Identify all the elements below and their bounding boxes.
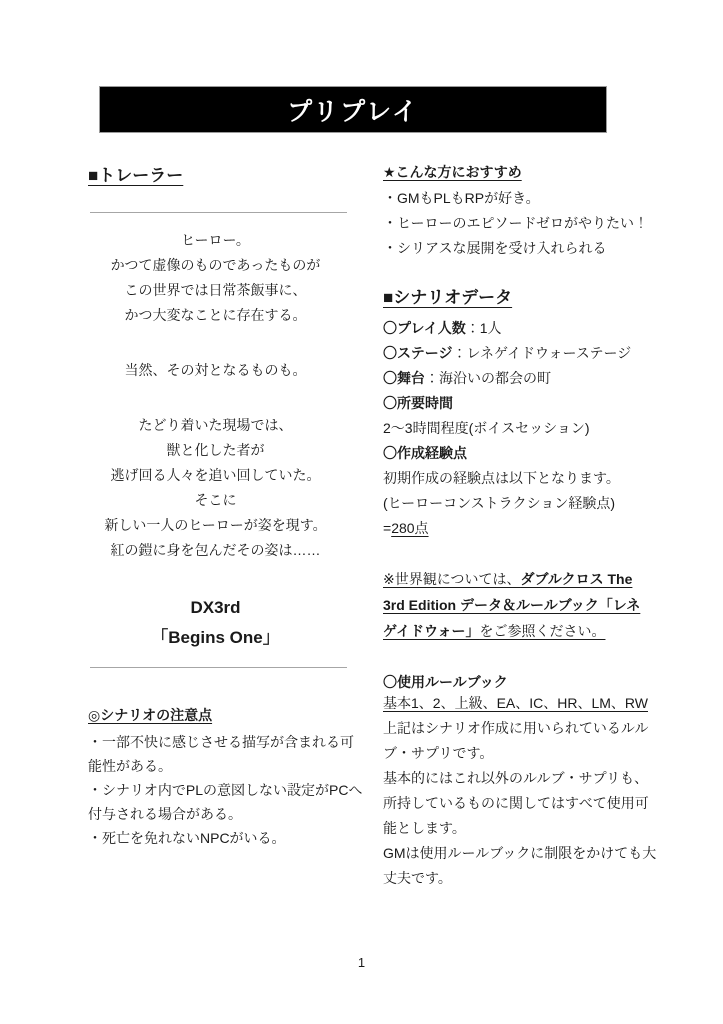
- divider-bottom: [90, 667, 347, 668]
- reference-line3-normal: をご参照ください。: [479, 623, 605, 639]
- recommend-item: ・GMもPLもRPが好き。: [383, 186, 648, 211]
- trailer-stanza-2: 当然、その対となるものも。: [88, 358, 343, 383]
- rulebook-line: 上記はシナリオ作成に用いられているルル: [383, 716, 651, 741]
- rulebook-line: ブ・サプリです。: [383, 741, 651, 766]
- scenario-title: DX3rd 「Begins One」: [88, 593, 343, 653]
- page-title: プリプレイ: [287, 92, 419, 128]
- stage-label: 〇ステージ: [383, 345, 452, 361]
- xp-line2: (ヒーローコンストラクション経験点): [383, 491, 648, 516]
- trailer-line: 獣と化した者が: [88, 438, 343, 463]
- page-number: 1: [0, 954, 723, 972]
- reference-line: 3rd Edition データ＆ルールブック「レネ: [383, 592, 651, 618]
- players-value: ：1人: [466, 320, 502, 336]
- trailer-line: 逃げ回る人々を追い回していた。: [88, 463, 343, 488]
- reference-line2-bold: 3rd Edition データ＆ルールブック「レネ: [383, 597, 640, 613]
- scenario-title-system: DX3rd: [88, 593, 343, 623]
- trailer-line: かつ大変なことに存在する。: [88, 303, 343, 328]
- note-line: ・死亡を免れないNPCがいる。: [88, 826, 358, 850]
- reference-line: ※世界観については、ダブルクロス The: [383, 566, 651, 592]
- recommend-heading: ★こんな方におすすめ: [383, 160, 522, 185]
- trailer-line: そこに: [88, 488, 343, 513]
- scenario-title-name: 「Begins One」: [88, 623, 343, 653]
- notes-text: ・一部不快に感じさせる描写が含まれる可 能性がある。 ・シナリオ内でPLの意図し…: [88, 730, 358, 850]
- xp-label: 〇作成経験点: [383, 441, 648, 466]
- rulebook-line: GMは使用ルールブックに制限をかけても大: [383, 841, 651, 866]
- recommend-list: ・GMもPLもRPが好き。 ・ヒーローのエピソードゼロがやりたい！ ・シリアスな…: [383, 186, 648, 261]
- trailer-line: この世界では日常茶飯事に、: [88, 278, 343, 303]
- scenario-data-heading: ■シナリオデータ: [383, 284, 512, 312]
- reference-line: ゲイドウォー」をご参照ください。: [383, 618, 651, 644]
- document-page: プリプレイ ■トレーラー ヒーロー。 かつて虚像のものであったものが この世界で…: [0, 0, 723, 1024]
- rulebook-line: 所持しているものに関してはすべて使用可: [383, 791, 651, 816]
- scenario-data-stage: 〇ステージ：レネゲイドウォーステージ: [383, 341, 648, 366]
- rulebook-line: 能とします。: [383, 816, 651, 841]
- rulebook-list: 基本1、2、上級、EA、IC、HR、LM、RW: [383, 691, 651, 716]
- stage-value: ：レネゲイドウォーステージ: [452, 345, 631, 361]
- xp-total: =280点: [383, 516, 648, 541]
- xp-equals: =: [383, 520, 391, 536]
- setting-label: 〇舞台: [383, 370, 425, 386]
- xp-line1: 初期作成の経験点は以下となります。: [383, 466, 648, 491]
- divider-top: [90, 212, 347, 213]
- note-line: ・一部不快に感じさせる描写が含まれる可: [88, 730, 358, 754]
- trailer-text: ヒーロー。 かつて虚像のものであったものが この世界では日常茶飯事に、 かつ大変…: [88, 228, 343, 653]
- trailer-line: たどり着いた現場では、: [88, 413, 343, 438]
- header-banner: プリプレイ: [99, 86, 607, 133]
- notes-heading: ◎シナリオの注意点: [88, 703, 212, 728]
- rulebook-text: 基本1、2、上級、EA、IC、HR、LM、RW 上記はシナリオ作成に用いられてい…: [383, 691, 651, 891]
- reference-line3-bold: ゲイドウォー」: [383, 623, 479, 639]
- time-value: 2～3時間程度(ボイスセッション): [383, 416, 648, 441]
- players-label: 〇プレイ人数: [383, 320, 466, 336]
- worldview-reference: ※世界観については、ダブルクロス The 3rd Edition データ＆ルール…: [383, 566, 651, 644]
- trailer-line: 紅の鎧に身を包んだその姿は……: [88, 538, 343, 563]
- trailer-stanza-3: たどり着いた現場では、 獣と化した者が 逃げ回る人々を追い回していた。 そこに …: [88, 413, 343, 563]
- rulebook-line: 丈夫です。: [383, 866, 651, 891]
- reference-line1-normal: ※世界観については、: [383, 571, 520, 587]
- scenario-data-players: 〇プレイ人数：1人: [383, 316, 648, 341]
- note-line: 付与される場合がある。: [88, 802, 358, 826]
- scenario-data-list: 〇プレイ人数：1人 〇ステージ：レネゲイドウォーステージ 〇舞台：海沿いの都会の…: [383, 316, 648, 541]
- rulebook-line: 基本的にはこれ以外のルルブ・サプリも、: [383, 766, 651, 791]
- trailer-line: かつて虚像のものであったものが: [88, 253, 343, 278]
- scenario-data-setting: 〇舞台：海沿いの都会の町: [383, 366, 648, 391]
- note-line: 能性がある。: [88, 754, 358, 778]
- note-line: ・シナリオ内でPLの意図しない設定がPCへ: [88, 778, 358, 802]
- trailer-heading: ■トレーラー: [88, 164, 183, 188]
- xp-value: 280点: [391, 520, 428, 536]
- trailer-line: ヒーロー。: [88, 228, 343, 253]
- recommend-item: ・ヒーローのエピソードゼロがやりたい！: [383, 211, 648, 236]
- trailer-stanza-1: ヒーロー。 かつて虚像のものであったものが この世界では日常茶飯事に、 かつ大変…: [88, 228, 343, 328]
- trailer-line: 新しい一人のヒーローが姿を現す。: [88, 513, 343, 538]
- time-label: 〇所要時間: [383, 391, 648, 416]
- reference-line1-bold: ダブルクロス The: [520, 571, 632, 587]
- setting-value: ：海沿いの都会の町: [425, 370, 551, 386]
- trailer-line: 当然、その対となるものも。: [88, 358, 343, 383]
- recommend-item: ・シリアスな展開を受け入れられる: [383, 236, 648, 261]
